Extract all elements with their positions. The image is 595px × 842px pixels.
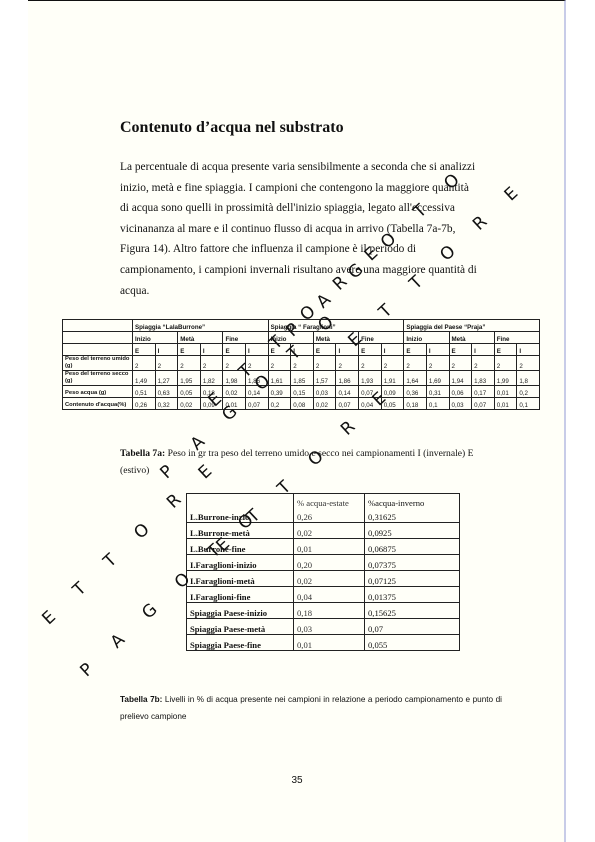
data-cell: 2 <box>449 356 472 371</box>
data-cell: 2 <box>178 356 201 371</box>
data-cell: 0,03 <box>313 386 336 398</box>
row-label: L.Burrone-fine <box>187 539 294 555</box>
estate-value: 0,02 <box>297 576 312 586</box>
data-cell: 0,1 <box>426 398 449 410</box>
corner-cell <box>63 320 133 332</box>
row-label: L.Burrone-inzio <box>187 494 294 523</box>
data-cell: 0,05 <box>381 398 404 410</box>
data-cell: 0,14 <box>336 386 359 398</box>
inverno-value: 0,31625 <box>368 512 396 522</box>
season-header: E <box>404 344 427 356</box>
data-cell: 1,86 <box>336 371 359 386</box>
season-header: E <box>494 344 517 356</box>
table-row: Spiaggia Paese-metà0,030,07 <box>187 619 460 635</box>
row-label: Spiaggia Paese-inizio <box>187 603 294 619</box>
data-cell: 0,32 <box>155 398 178 410</box>
position-header: Inizio <box>133 332 178 344</box>
data-cell: 0,63 <box>155 386 178 398</box>
estate-cell: 0,03 <box>294 619 365 635</box>
data-cell: 1,98 <box>223 371 246 386</box>
data-cell: 0,2 <box>268 398 291 410</box>
data-cell: 0,01 <box>223 398 246 410</box>
estate-cell: 0,02 <box>294 571 365 587</box>
data-cell: 2 <box>291 356 314 371</box>
table-row: I.Faraglioni-fine0,040,01375 <box>187 587 460 603</box>
data-cell: 2 <box>381 356 404 371</box>
header-estate: % acqua-estate <box>297 498 361 508</box>
estate-cell: 0,20 <box>294 555 365 571</box>
data-cell: 2 <box>313 356 336 371</box>
season-header: I <box>291 344 314 356</box>
data-cell: 1,27 <box>155 371 178 386</box>
data-cell: 2 <box>200 356 223 371</box>
inverno-cell: 0,15625 <box>365 603 460 619</box>
row-label: Peso del terreno secco (g) <box>63 371 133 386</box>
row-label: Spiaggia Paese-metà <box>187 619 294 635</box>
data-cell: 0,18 <box>404 398 427 410</box>
position-header: Metà <box>178 332 223 344</box>
data-cell: 2 <box>517 356 540 371</box>
table-row: Peso del terreno secco (g)1,491,271,951,… <box>63 371 540 386</box>
data-cell: 0,02 <box>223 386 246 398</box>
inverno-cell: 0,07125 <box>365 571 460 587</box>
data-cell: 1,95 <box>178 371 201 386</box>
data-cell: 2 <box>472 356 495 371</box>
season-header: E <box>268 344 291 356</box>
data-cell: 0,26 <box>133 398 156 410</box>
season-header: I <box>426 344 449 356</box>
position-header: Fine <box>494 332 539 344</box>
data-cell: 1,82 <box>200 371 223 386</box>
data-cell: 1,49 <box>133 371 156 386</box>
season-header: E <box>178 344 201 356</box>
season-header: I <box>246 344 269 356</box>
season-header: E <box>449 344 472 356</box>
inverno-cell: 0,055 <box>365 635 460 651</box>
inverno-value: 0,07125 <box>368 576 396 586</box>
row-label: I.Faraglioni-inizio <box>187 555 294 571</box>
inverno-value: 0,15625 <box>368 608 396 618</box>
position-header: Fine <box>359 332 404 344</box>
estate-cell: 0,01 <box>294 539 365 555</box>
data-cell: 2 <box>404 356 427 371</box>
inverno-value: 0,0925 <box>368 528 392 538</box>
table-row: L.Burrone-inzio% acqua-estate0,26%acqua-… <box>187 494 460 523</box>
data-cell: 0,02 <box>178 398 201 410</box>
data-cell: 1,69 <box>426 371 449 386</box>
season-header: I <box>155 344 178 356</box>
data-cell: 1,85 <box>291 371 314 386</box>
data-cell: 0,17 <box>472 386 495 398</box>
data-cell: 0,09 <box>200 398 223 410</box>
data-cell: 0,31 <box>426 386 449 398</box>
inverno-value: 0,055 <box>368 640 387 650</box>
table-7b: L.Burrone-inzio% acqua-estate0,26%acqua-… <box>186 493 460 651</box>
table-row: Peso acqua (g)0,510,630,050,180,020,140,… <box>63 386 540 398</box>
data-cell: 2 <box>155 356 178 371</box>
section-title: Contenuto d’acqua nel substrato <box>120 119 344 137</box>
data-cell: 2 <box>268 356 291 371</box>
data-cell: 2 <box>426 356 449 371</box>
data-cell: 0,06 <box>449 386 472 398</box>
table-7a-caption: Tabella 7a: Peso in gr tra peso del terr… <box>120 445 502 479</box>
data-cell: 0,03 <box>449 398 472 410</box>
inverno-value: 0,07 <box>368 624 383 634</box>
data-cell: 0,08 <box>291 398 314 410</box>
season-header: I <box>472 344 495 356</box>
table-row: I.Faraglioni-metà0,020,07125 <box>187 571 460 587</box>
inverno-value: 0,07375 <box>368 560 396 570</box>
table-row: L.Burrone-metà0,020,0925 <box>187 523 460 539</box>
estate-value: 0,20 <box>297 560 312 570</box>
row-label: Spiaggia Paese-fine <box>187 635 294 651</box>
position-header: Metà <box>313 332 358 344</box>
row-label: Contenuto d'acqua(%) <box>63 398 133 410</box>
inverno-cell: 0,0925 <box>365 523 460 539</box>
data-cell: 0,2 <box>517 386 540 398</box>
season-header: I <box>200 344 223 356</box>
corner-cell <box>63 344 133 356</box>
table-row-beaches: Spiaggia “LalaBurrone”Spiaggia “ Faragli… <box>63 320 540 332</box>
estate-cell: % acqua-estate0,26 <box>294 494 365 523</box>
page-number: 35 <box>28 775 566 786</box>
data-cell: 0,04 <box>359 398 382 410</box>
data-cell: 0,01 <box>494 398 517 410</box>
data-cell: 0,07 <box>246 398 269 410</box>
estate-cell: 0,04 <box>294 587 365 603</box>
caption-label: Tabella 7b: <box>120 695 162 704</box>
data-cell: 0,07 <box>359 386 382 398</box>
data-cell: 0,15 <box>291 386 314 398</box>
season-header: E <box>133 344 156 356</box>
season-header: I <box>517 344 540 356</box>
table-row: I.Faraglioni-inizio0,200,07375 <box>187 555 460 571</box>
table-row: Contenuto d'acqua(%)0,260,320,020,090,01… <box>63 398 540 410</box>
inverno-cell: 0,01375 <box>365 587 460 603</box>
table-row-positions: InizioMetàFineInizioMetàFineInizioMetàFi… <box>63 332 540 344</box>
data-cell: 2 <box>133 356 156 371</box>
estate-value: 0,03 <box>297 624 312 634</box>
data-cell: 0,39 <box>268 386 291 398</box>
data-cell: 0,02 <box>313 398 336 410</box>
position-header: Inizio <box>268 332 313 344</box>
table-7a: Spiaggia “LalaBurrone”Spiaggia “ Faragli… <box>62 319 540 410</box>
beach-header: Spiaggia del Paese “Praja” <box>404 320 540 332</box>
data-cell: 0,1 <box>517 398 540 410</box>
data-cell: 2 <box>359 356 382 371</box>
position-header: Metà <box>449 332 494 344</box>
data-cell: 0,07 <box>336 398 359 410</box>
caption-text: Peso in gr tra peso del terreno umido e … <box>120 448 473 476</box>
beach-header: Spiaggia “ Faraglioni” <box>268 320 404 332</box>
table-row: Spiaggia Paese-fine0,010,055 <box>187 635 460 651</box>
estate-value: 0,18 <box>297 608 312 618</box>
inverno-value: 0,06875 <box>368 544 396 554</box>
inverno-cell: 0,07 <box>365 619 460 635</box>
header-inverno: %acqua-inverno <box>368 498 456 508</box>
caption-label: Tabella 7a: <box>120 448 165 459</box>
estate-value: 0,01 <box>297 544 312 554</box>
data-cell: 0,18 <box>200 386 223 398</box>
table-row: L.Burrone-fine0,010,06875 <box>187 539 460 555</box>
inverno-value: 0,01375 <box>368 592 396 602</box>
season-header: I <box>381 344 404 356</box>
table-row: Peso del terreno umido (g)22222222222222… <box>63 356 540 371</box>
data-cell: 0,09 <box>381 386 404 398</box>
data-cell: 1,61 <box>268 371 291 386</box>
caption-text: Livelli in % di acqua presente nei campi… <box>120 695 502 721</box>
estate-cell: 0,01 <box>294 635 365 651</box>
estate-cell: 0,02 <box>294 523 365 539</box>
estate-value: 0,02 <box>297 528 312 538</box>
estate-value: 0,01 <box>297 640 312 650</box>
inverno-cell: 0,06875 <box>365 539 460 555</box>
position-header: Inizio <box>404 332 449 344</box>
position-header: Fine <box>223 332 268 344</box>
data-cell: 1,94 <box>449 371 472 386</box>
data-cell: 0,14 <box>246 386 269 398</box>
data-cell: 2 <box>494 356 517 371</box>
season-header: E <box>313 344 336 356</box>
data-cell: 0,05 <box>178 386 201 398</box>
inverno-cell: 0,07375 <box>365 555 460 571</box>
data-cell: 1,99 <box>494 371 517 386</box>
data-cell: 0,51 <box>133 386 156 398</box>
data-cell: 1,86 <box>246 371 269 386</box>
inverno-cell: %acqua-inverno0,31625 <box>365 494 460 523</box>
table-7b-caption: Tabella 7b: Livelli in % di acqua presen… <box>120 691 502 725</box>
estate-cell: 0,18 <box>294 603 365 619</box>
body-paragraph: La percentuale di acqua presente varia s… <box>120 157 478 301</box>
table-row-seasons: EIEIEIEIEIEIEIEIEI <box>63 344 540 356</box>
season-header: E <box>359 344 382 356</box>
row-label: I.Faraglioni-metà <box>187 571 294 587</box>
row-label: Peso del terreno umido (g) <box>63 356 133 371</box>
data-cell: 0,01 <box>494 386 517 398</box>
estate-value: 0,26 <box>297 512 312 522</box>
data-cell: 1,91 <box>381 371 404 386</box>
document-page: Contenuto d’acqua nel substrato La perce… <box>28 0 566 842</box>
data-cell: 1,83 <box>472 371 495 386</box>
data-cell: 1,57 <box>313 371 336 386</box>
season-header: I <box>336 344 359 356</box>
beach-header: Spiaggia “LalaBurrone” <box>133 320 269 332</box>
data-cell: 2 <box>336 356 359 371</box>
data-cell: 2 <box>246 356 269 371</box>
data-cell: 2 <box>223 356 246 371</box>
row-label: Peso acqua (g) <box>63 386 133 398</box>
row-label: L.Burrone-metà <box>187 523 294 539</box>
data-cell: 0,07 <box>472 398 495 410</box>
data-cell: 1,64 <box>404 371 427 386</box>
row-label: I.Faraglioni-fine <box>187 587 294 603</box>
data-cell: 0,36 <box>404 386 427 398</box>
season-header: E <box>223 344 246 356</box>
data-cell: 1,8 <box>517 371 540 386</box>
estate-value: 0,04 <box>297 592 312 602</box>
corner-cell <box>63 332 133 344</box>
table-row: Spiaggia Paese-inizio0,180,15625 <box>187 603 460 619</box>
data-cell: 1,93 <box>359 371 382 386</box>
